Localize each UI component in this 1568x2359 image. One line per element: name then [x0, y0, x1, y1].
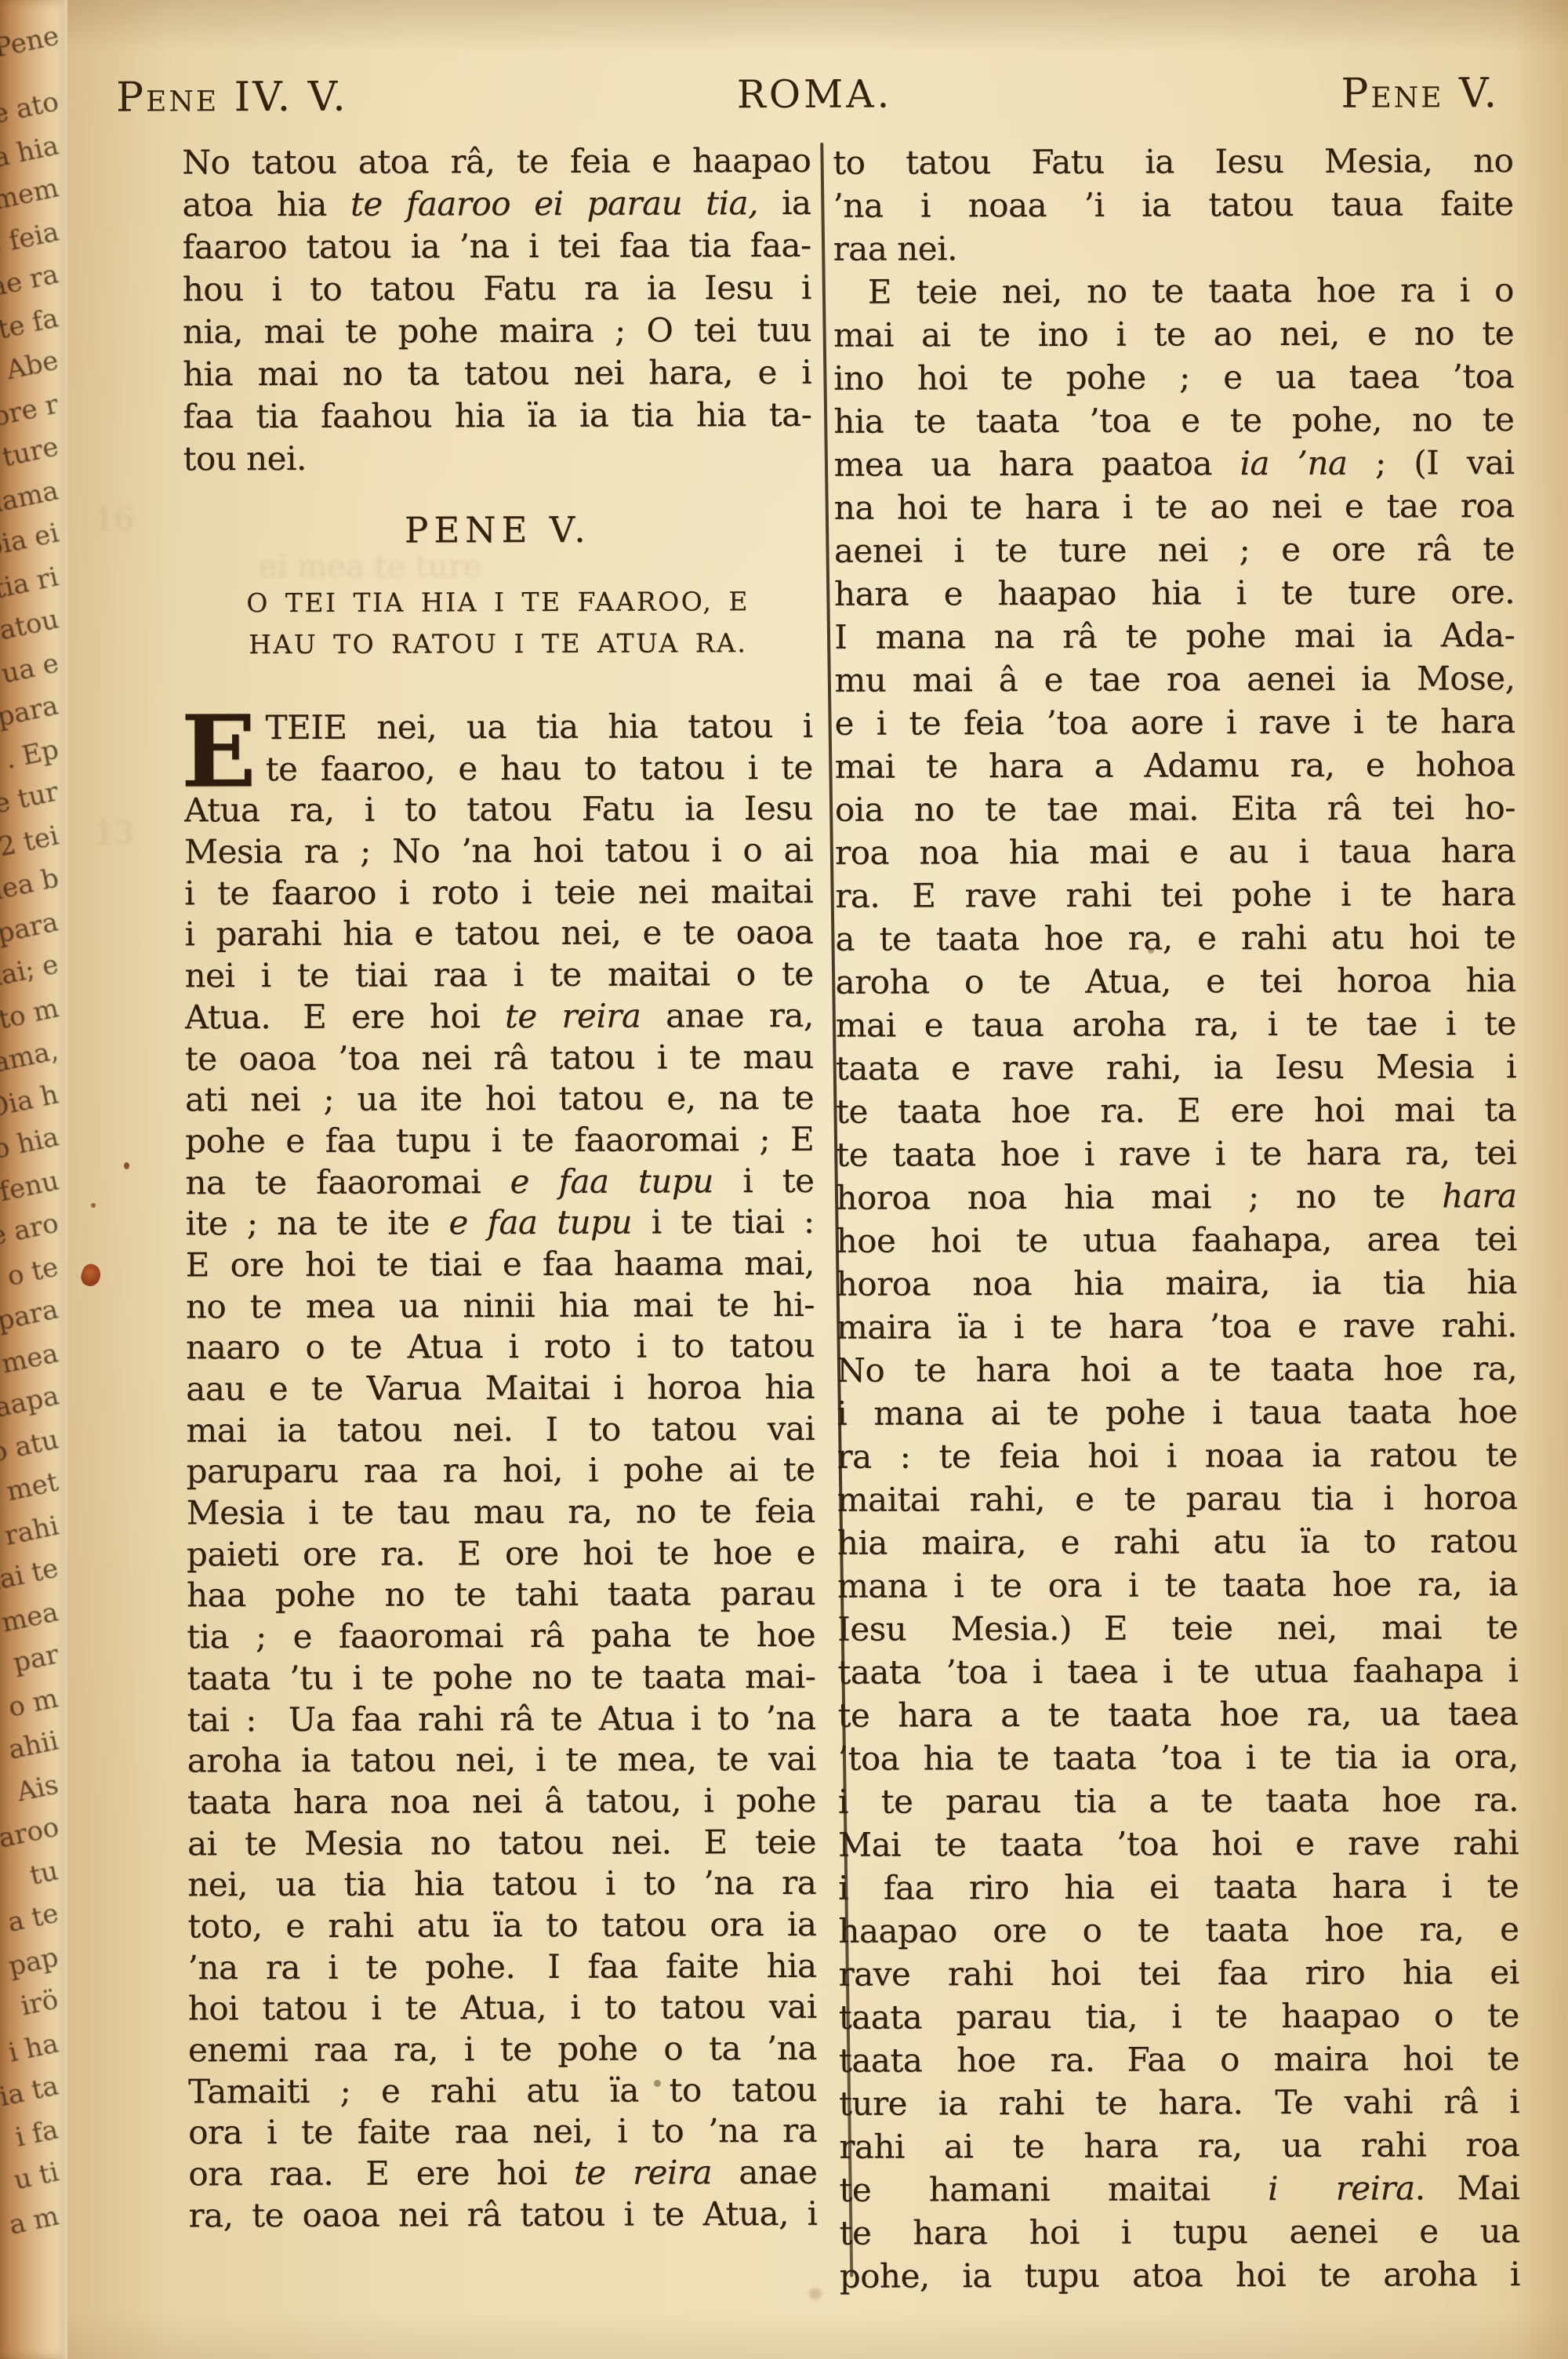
text-line: na hoi te hara i te ao nei e tae roa: [834, 484, 1515, 529]
line-text: taata ’toa i taea i te utua faahapa i: [837, 1651, 1518, 1692]
line-text: E teie nei, no te taata hoe ra i o: [868, 271, 1514, 311]
line-text: Atua. E ere hoi te reira anae ra,: [185, 996, 814, 1037]
text-line: aau e te Varua Maitai i horoa hia: [186, 1367, 815, 1410]
line-text: roa noa hia mai e au i taua hara: [835, 831, 1515, 872]
text-line: aroha o te Atua, e tei horoa hia: [836, 958, 1516, 1004]
text-line: faa tia faahou hia ïa ia tia hia ta-: [183, 394, 811, 438]
line-text: No te hara hoi a te taata hoe ra,: [837, 1349, 1517, 1390]
text-line: nei, ua tia hia tatou i to ’na ra: [187, 1863, 816, 1906]
text-line: ture ia rahi te hara. Te vahi râ i: [839, 2080, 1519, 2125]
line-text: tia ; e faaoromai râ paha te hoe: [187, 1616, 815, 1656]
line-text: ture ia rahi te hara. Te vahi râ i: [839, 2082, 1519, 2123]
text-line: i te parau tia a te taata hoe ra.: [838, 1778, 1519, 1823]
text-line: mea ua hara paatoa ia ’na ; (I vai13: [833, 441, 1514, 486]
line-text: TEIE nei, ua tia hia tatou i: [266, 707, 813, 747]
text-line: mu mai â e tae roa aenei ia Mose,: [834, 656, 1515, 702]
line-text: horoa noa hia mai ; no te hara: [836, 1176, 1516, 1217]
text-line: te faaroo, e hau to tatou i te: [184, 747, 813, 791]
text-line: a te taata hoe ra, e rahi atu hoi te: [835, 915, 1515, 961]
text-line: rave rahi hoi tei faa riro hia ei: [839, 1950, 1519, 1996]
text-line: i mana ai te pohe i taua taata hoe: [837, 1390, 1517, 1435]
line-text: Mesia ra ; No ’na hoi tatou i o ai: [184, 831, 813, 871]
left-column-verses-24-25: No tatou atoa râ, te feia e haapao24atoa…: [182, 140, 811, 481]
text-line: E teie nei, no te taata hoe ra i o12: [833, 268, 1514, 314]
line-text: naaro o te Atua i roto i to tatou: [186, 1326, 815, 1367]
line-text: nia, mai te pohe maira ; O tei tuu: [183, 311, 811, 351]
line-text: oia no te tae mai. Eita râ tei ho-: [835, 788, 1515, 829]
text-line: te hamani maitai i reira. Mai21: [839, 2166, 1519, 2212]
text-line: ’na ra i te pohe. I faa faite hia10: [187, 1946, 816, 1989]
text-line: hara e haapao hia i te ture ore.: [834, 570, 1515, 616]
text-line: I mana na râ te pohe mai ia Ada-14: [834, 613, 1515, 659]
line-text: atoa hia te faaroo ei parau tia, ia: [182, 184, 811, 224]
text-line: taata e rave rahi, ia Iesu Mesia i: [836, 1045, 1516, 1090]
book-page: Peneore atoa hiaEi memte feiaanae rao te…: [0, 0, 1568, 2359]
text-line: tou nei.: [183, 436, 811, 481]
line-text: No tatou atoa râ, te feia e haapao: [182, 141, 811, 182]
line-text: hou i to tatou Fatu ra ia Iesu i: [183, 268, 811, 309]
chapter-subtitle-line: O TEI TIA HIA I TE FAAROO, E: [183, 580, 812, 624]
text-line: ino hoi te pohe ; e ua taea ’toa: [833, 354, 1514, 400]
line-text: mea ua hara paatoa ia ’na ; (I vai: [833, 443, 1514, 484]
line-text: maitai rahi, e te parau tia i horoa: [837, 1478, 1518, 1519]
line-text: na te faaoromai e faa tupu i te: [185, 1161, 814, 1201]
line-text: ’toa hia te taata ’toa i te tia ia ora,: [838, 1737, 1519, 1778]
running-head-title: ROMA.: [731, 72, 898, 118]
chapter-subtitle: O TEI TIA HIA I TE FAAROO, E HAU TO RATO…: [183, 580, 812, 666]
text-line: mai ai te ino i te ao nei, e no te: [833, 311, 1514, 357]
line-text: paieti ore ra. E ore hoi te hoe e: [187, 1533, 815, 1574]
line-text: pohe e faa tupu i te faaoromai ; E: [185, 1120, 814, 1161]
text-line: Mesia i te tau mau ra, no te feia: [187, 1491, 815, 1534]
text-line: hia maira, e rahi atu ïa to ratou: [837, 1519, 1518, 1565]
line-text: ati nei ; ua ite hoi tatou e, na te: [185, 1078, 814, 1119]
text-line: pohe, ia tupu atoa hoi te aroha i: [840, 2252, 1520, 2298]
text-line: taata hoe ra. Faa o maira hoi te20: [839, 2037, 1519, 2082]
line-text: taata parau tia, i te haapao o te: [839, 1996, 1519, 2037]
line-text: te faaroo, e hau to tatou i te: [266, 748, 813, 788]
text-line: ora raa. E ere hoi te reira anae11: [188, 2152, 817, 2195]
paper-speck: [124, 1162, 129, 1169]
text-line: to tatou Fatu ia Iesu Mesia, no: [833, 139, 1513, 184]
text-line: pohe e faa tupu i te faaoromai ; E4: [185, 1119, 814, 1162]
text-line: E ore hoi te tiai e faa haama mai,5: [186, 1243, 815, 1286]
left-column-body: E TEIE nei, ua tia hia tatou ite faaroo,…: [184, 706, 818, 2237]
line-text: hia maira, e rahi atu ïa to ratou: [837, 1521, 1518, 1562]
line-text: te oaoa ’toa nei râ tatou i te mau: [185, 1037, 814, 1078]
line-text: hoe hoi te utua faahapa, area tei: [837, 1219, 1517, 1260]
line-text: Atua ra, i to tatou Fatu ia Iesu: [184, 789, 813, 830]
text-line: oia no te tae mai. Eita râ tei ho-15: [835, 786, 1515, 831]
line-text: paruparu raa ra hoi, i pohe ai te: [186, 1450, 815, 1491]
line-text: ’na i noaa ’i ia tatou taua faite: [833, 184, 1513, 225]
text-line: nei i te tiai raa i te maitai o te: [185, 954, 814, 997]
line-text: haa pohe no te tahi taata parau: [187, 1574, 815, 1615]
paper-speck: [91, 1203, 96, 1208]
text-line: naaro o te Atua i roto i to tatou: [186, 1325, 815, 1369]
line-text: to tatou Fatu ia Iesu Mesia, no: [833, 141, 1513, 182]
line-text: te hara hoi i tupu aenei e ua: [840, 2212, 1520, 2252]
text-line: i faa riro hia ei taata hara i te: [838, 1864, 1519, 1910]
text-line: taata ’tu i te pohe no te taata mai-: [187, 1656, 815, 1699]
text-line: no te mea ua ninii hia mai te hi-: [186, 1285, 815, 1328]
text-line: e i te feia ’toa aore i rave i te hara: [834, 700, 1515, 745]
text-line: toto, e rahi atu ïa to tatou ora ia: [187, 1904, 816, 1947]
show-through-ghost: 13: [94, 816, 134, 852]
chapter-heading: PENE V.: [183, 507, 812, 554]
line-text: taata e rave rahi, ia Iesu Mesia i: [836, 1047, 1516, 1088]
right-column: to tatou Fatu ia Iesu Mesia, no’na i noa…: [833, 139, 1520, 2298]
text-line: horoa noa hia mai ; no te hara: [836, 1174, 1516, 1219]
line-text: Mai te taata ’toa hoi e rave rahi: [838, 1823, 1519, 1864]
text-line: Tamaiti ; e rahi atu ïa to tatou: [188, 2070, 817, 2113]
text-line: maitai rahi, e te parau tia i horoa: [837, 1476, 1518, 1521]
line-text: nei, ua tia hia tatou i to ’na ra: [187, 1863, 816, 1904]
line-text: mu mai â e tae roa aenei ia Mose,: [834, 659, 1515, 700]
line-text: haapao ore o te taata hoe ra, e: [838, 1910, 1519, 1950]
running-head-left: Pene IV. V.: [116, 74, 348, 122]
paper-speck: [809, 2288, 822, 2299]
line-text: mai ia tatou nei. I to tatou vai: [186, 1409, 815, 1450]
text-line: te hara a te taata hoe ra, ua taea: [837, 1692, 1518, 1737]
line-text: na hoi te hara i te ao nei e tae roa: [834, 486, 1515, 527]
running-head-right: Pene V.: [1333, 70, 1499, 118]
chapter-subtitle-line: HAU TO RATOU I TE ATUA RA.: [183, 622, 812, 666]
text-line: TEIE nei, ua tia hia tatou i: [184, 706, 813, 749]
text-line: enemi raa ra, i te pohe o ta ’na: [188, 2028, 817, 2071]
line-text: rave rahi hoi tei faa riro hia ei: [839, 1953, 1519, 1994]
text-line: taata parau tia, i te haapao o te: [839, 1994, 1519, 2039]
text-line: ra, te oaoa nei râ tatou i te Atua, i: [188, 2194, 817, 2237]
text-line: te oaoa ’toa nei râ tatou i te mau: [185, 1036, 814, 1079]
text-line: aenei i te ture nei ; e ore râ te: [834, 527, 1515, 572]
line-text: hara e haapao hia i te ture ore.: [834, 572, 1515, 613]
text-line: hou i to tatou Fatu ra ia Iesu i: [183, 267, 811, 311]
line-text: enemi raa ra, i te pohe o ta ’na: [188, 2029, 817, 2070]
text-line: faaroo tatou ia ’na i tei faa tia faa-: [183, 224, 811, 269]
text-line: atoa hia te faaroo ei parau tia, ia: [182, 182, 811, 227]
text-line: ite ; na te ite e faa tupu i te tiai :: [186, 1201, 815, 1245]
line-text: mana i te ora i te taata hoe ra, ia: [837, 1565, 1518, 1605]
line-text: taata ’tu i te pohe no te taata mai-: [187, 1657, 815, 1698]
line-text: ra, te oaoa nei râ tatou i te Atua, i: [188, 2194, 817, 2235]
text-line: te taata hoe ra. E ere hoi mai ta16: [836, 1088, 1516, 1133]
text-line: Atua ra, i to tatou Fatu ia Iesu: [184, 788, 813, 831]
text-line: hia mai no ta tatou nei hara, e i: [183, 351, 811, 396]
text-line: tai : Ua faa rahi râ te Atua i to ’na8: [187, 1697, 815, 1740]
line-text: no te mea ua ninii hia mai te hi-: [186, 1285, 815, 1326]
line-text: i te faaroo i roto i teie nei maitai: [184, 872, 813, 913]
line-text: a te taata hoe ra, e rahi atu hoi te: [835, 918, 1515, 958]
line-text: E ore hoi te tiai e faa haama mai,: [186, 1244, 815, 1285]
text-line: taata ’toa i taea i te utua faahapa i: [837, 1648, 1518, 1694]
line-text: mai e taua aroha ra, i te tae i te: [836, 1004, 1516, 1045]
text-line: ati nei ; ua ite hoi tatou e, na te: [185, 1078, 814, 1121]
line-text: ite ; na te ite e faa tupu i te tiai :: [186, 1202, 815, 1243]
line-text: aroha o te Atua, e tei horoa hia: [836, 961, 1516, 1001]
line-text: te hara a te taata hoe ra, ua taea: [837, 1694, 1518, 1735]
text-line: paieti ore ra. E ore hoi te hoe e7: [187, 1532, 815, 1576]
line-text: toto, e rahi atu ïa to tatou ora ia: [187, 1905, 816, 1946]
line-text: taata hara noa nei â tatou, i pohe: [187, 1781, 816, 1822]
line-text: i faa riro hia ei taata hara i te: [838, 1866, 1519, 1907]
line-text: Iesu Mesia.) E teie nei, mai te: [837, 1608, 1518, 1648]
text-line: raa nei.: [833, 225, 1514, 271]
line-text: taata hoe ra. Faa o maira hoi te: [839, 2039, 1519, 2080]
line-text: i mana ai te pohe i taua taata hoe: [837, 1392, 1517, 1433]
line-text: e i te feia ’toa aore i rave i te hara: [835, 702, 1515, 743]
paper-speck: [1148, 947, 1154, 954]
line-text: te taata hoe ra. E ere hoi mai ta: [836, 1090, 1516, 1131]
line-text: pohe, ia tupu atoa hoi te aroha i: [840, 2255, 1520, 2295]
text-line: mana i te ora i te taata hoe ra, ia: [837, 1562, 1518, 1608]
text-line: No tatou atoa râ, te feia e haapao24: [182, 140, 811, 184]
line-text: i te parau tia a te taata hoe ra.: [838, 1780, 1519, 1821]
line-text: rahi ai te hara ra, ua rahi roa: [839, 2125, 1519, 2166]
text-line: nia, mai te pohe maira ; O tei tuu25: [183, 309, 811, 354]
text-line: haapao ore o te taata hoe ra, e: [838, 1907, 1519, 1953]
line-text: Tamaiti ; e rahi atu ïa to tatou: [188, 2070, 817, 2111]
text-line: Mai te taata ’toa hoi e rave rahi19: [838, 1821, 1519, 1866]
line-text: raa nei.: [833, 229, 957, 267]
line-text: ora raa. E ere hoi te reira anae: [188, 2153, 817, 2194]
line-text: ra. E rave rahi tei pohe i te hara: [835, 874, 1515, 915]
text-line: ’na i noaa ’i ia tatou taua faite: [833, 182, 1513, 227]
text-line: Atua. E ere hoi te reira anae ra,3: [185, 995, 814, 1038]
line-text: te hamani maitai i reira. Mai: [839, 2168, 1519, 2209]
text-line: ra. E rave rahi tei pohe i te hara: [835, 872, 1515, 918]
show-through-ghost: 16: [94, 502, 134, 538]
text-line: na te faaoromai e faa tupu i te: [185, 1160, 814, 1203]
text-line: mai e taua aroha ra, i te tae i te: [836, 1001, 1516, 1047]
line-text: horoa noa hia maira, ia tia hia: [837, 1263, 1517, 1303]
text-line: ora i te faite raa nei, i to ’na ra: [188, 2110, 817, 2154]
text-line: ai te Mesia no tatou nei. E teie9: [187, 1821, 816, 1864]
line-text: Mesia i te tau mau ra, no te feia: [187, 1492, 815, 1532]
line-text: ra : te feia hoi i noaa ia ratou te: [837, 1435, 1517, 1476]
line-text: tou nei.: [183, 439, 306, 478]
line-text: aenei i te ture nei ; e ore râ te: [834, 529, 1515, 570]
line-text: ino hoi te pohe ; e ua taea ’toa: [833, 357, 1514, 398]
line-text: nei i te tiai raa i te maitai o te: [185, 954, 814, 995]
text-line: paruparu raa ra hoi, i pohe ai te: [186, 1449, 815, 1492]
text-line: hoi tatou i te Atua, i to tatou vai: [188, 1986, 817, 2030]
line-text: te taata hoe i rave i te hara ra, tei: [836, 1133, 1516, 1174]
text-line: aroha ia tatou nei, i te mea, te vai: [187, 1739, 816, 1782]
line-text: aroha ia tatou nei, i te mea, te vai: [187, 1739, 816, 1780]
text-line: i te faaroo i roto i teie nei maitai: [184, 871, 813, 914]
text-line: Mesia ra ; No ’na hoi tatou i o ai2: [184, 830, 813, 873]
line-text: mai ai te ino i te ao nei, e no te: [833, 314, 1514, 354]
line-text: I mana na râ te pohe mai ia Ada-: [834, 616, 1515, 656]
text-line: te taata hoe i rave i te hara ra, tei: [836, 1131, 1516, 1176]
text-line: ’toa hia te taata ’toa i te tia ia ora,: [838, 1735, 1519, 1780]
line-text: i parahi hia e tatou nei, e te oaoa: [184, 913, 813, 954]
show-through-ghost: ei mea te ture: [259, 549, 666, 585]
line-text: ora i te faite raa nei, i to ’na ra: [188, 2111, 817, 2152]
line-text: hia te taata ’toa e te pohe, no te: [833, 400, 1514, 441]
text-line: Iesu Mesia.) E teie nei, mai te18: [837, 1605, 1518, 1651]
text-line: maira ïa i te hara ’toa e rave rahi.: [837, 1303, 1517, 1349]
text-line: horoa noa hia maira, ia tia hia: [837, 1260, 1517, 1306]
line-text: mai te hara a Adamu ra, e hohoa: [835, 745, 1515, 786]
text-line: No te hara hoi a te taata hoe ra,17: [837, 1347, 1517, 1392]
text-line: ra : te feia hoi i noaa ia ratou te: [837, 1433, 1517, 1478]
line-text: hia mai no ta tatou nei hara, e i: [183, 353, 811, 394]
paper-speck: [654, 2080, 661, 2087]
text-line: mai ia tatou nei. I to tatou vai6: [186, 1408, 815, 1452]
line-text: faaroo tatou ia ’na i tei faa tia faa-: [183, 226, 811, 267]
line-text: hoi tatou i te Atua, i to tatou vai: [188, 1987, 817, 2028]
text-line: haa pohe no te tahi taata parau: [187, 1573, 815, 1616]
line-text: faa tia faahou hia ïa ia tia hia ta-: [183, 395, 811, 436]
line-text: tai : Ua faa rahi râ te Atua i to ’na: [187, 1698, 815, 1739]
line-text: maira ïa i te hara ’toa e rave rahi.: [837, 1306, 1517, 1347]
text-block: Pene IV. V. ROMA. Pene V. No tatou atoa …: [0, 0, 1568, 2359]
text-line: hia te taata ’toa e te pohe, no te: [833, 398, 1514, 443]
text-line: tia ; e faaoromai râ paha te hoe: [187, 1615, 815, 1658]
text-line: te hara hoi i tupu aenei e ua: [840, 2209, 1520, 2255]
line-text: ai te Mesia no tatou nei. E teie: [187, 1822, 816, 1863]
text-line: taata hara noa nei â tatou, i pohe: [187, 1780, 816, 1823]
text-line: mai te hara a Adamu ra, e hohoa: [835, 743, 1515, 788]
text-line: hoe hoi te utua faahapa, area tei: [837, 1217, 1517, 1263]
line-text: aau e te Varua Maitai i horoa hia: [186, 1368, 815, 1408]
line-text: ’na ra i te pohe. I faa faite hia: [187, 1946, 816, 1987]
text-line: rahi ai te hara ra, ua rahi roa: [839, 2123, 1519, 2168]
text-line: i parahi hia e tatou nei, e te oaoa: [184, 912, 813, 955]
text-line: roa noa hia mai e au i taua hara: [835, 829, 1515, 874]
